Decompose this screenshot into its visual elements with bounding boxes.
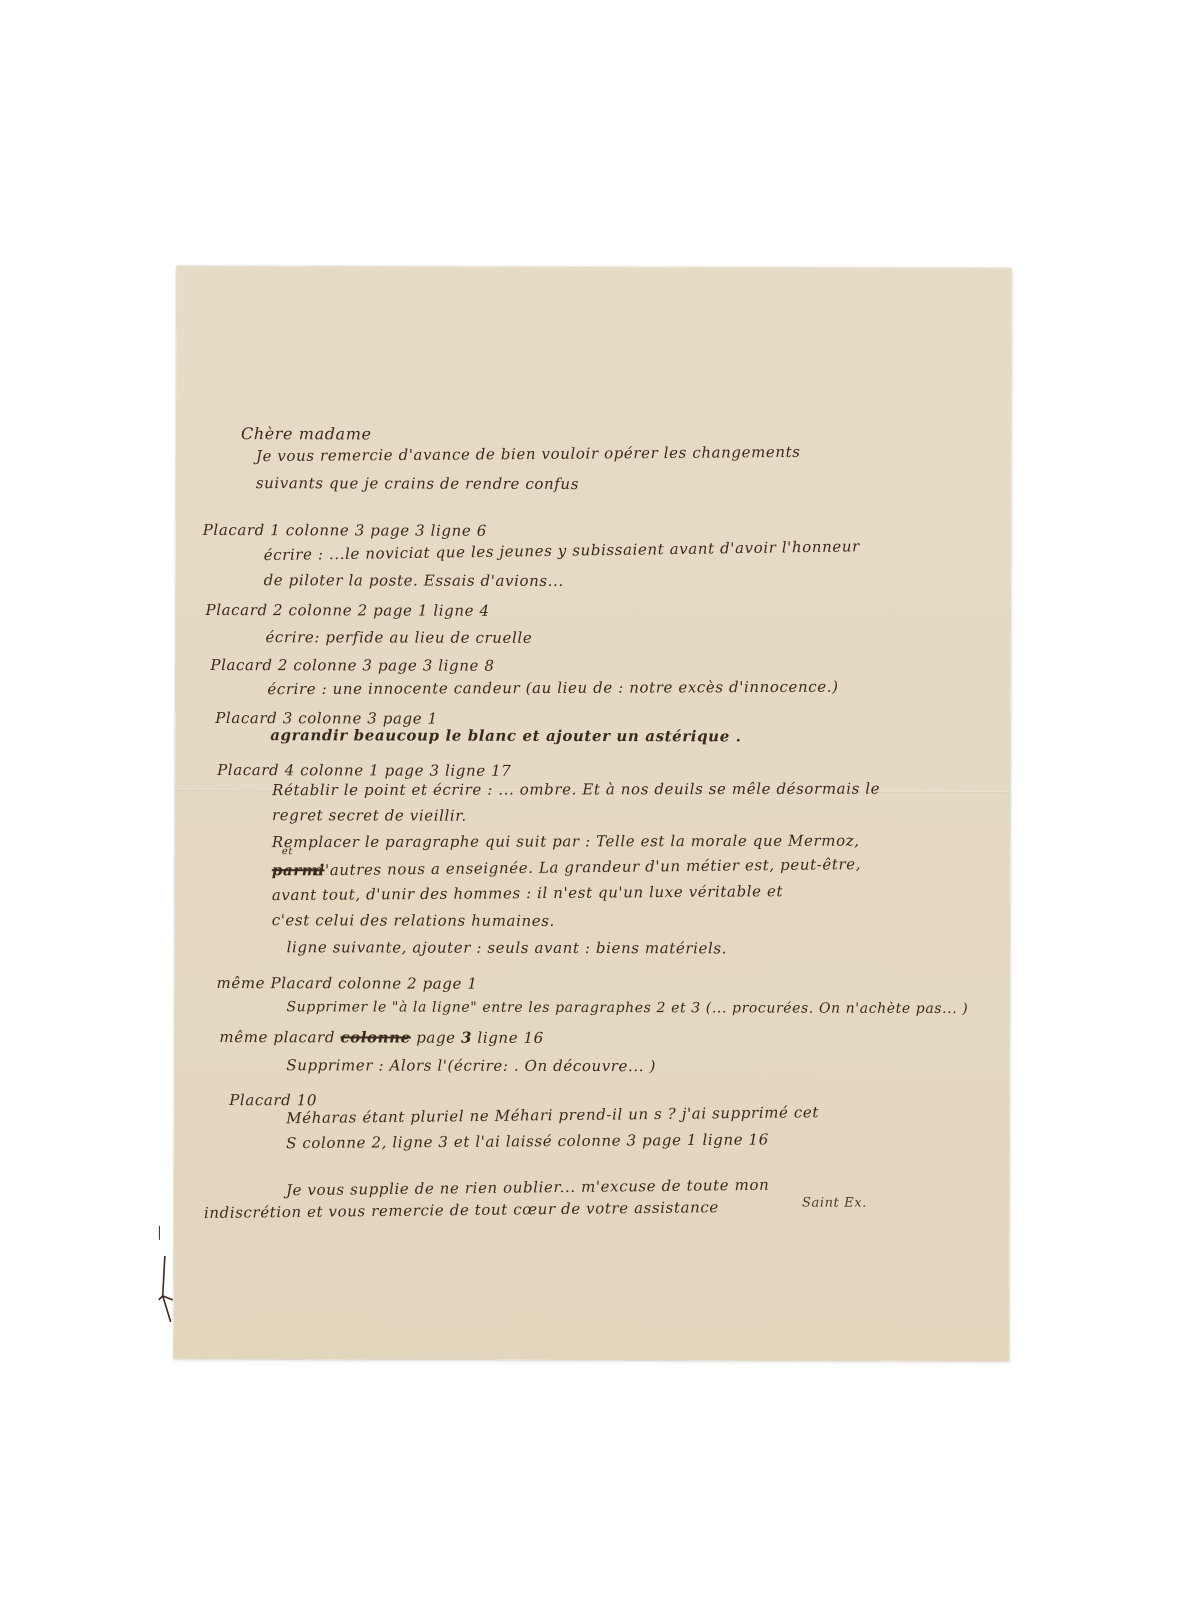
salutation: Chère madame — [241, 424, 372, 443]
correction-heading-3: Placard 2 colonne 3 page 3 ligne 8 — [210, 656, 494, 675]
heading-7-suffix: page — [416, 1029, 455, 1047]
correction-2-line-1: écrire: perfide au lieu de cruelle — [265, 628, 532, 647]
correction-8-line-2: S colonne 2, ligne 3 et l'ai laissé colo… — [286, 1130, 769, 1152]
heading-7-bold: 3 — [461, 1029, 472, 1047]
correction-5-line-2: regret secret de vieillir. — [272, 806, 467, 825]
correction-heading-6: même Placard colonne 2 page 1 — [217, 974, 478, 993]
closing-line-1: Je vous supplie de ne rien oublier... m'… — [286, 1176, 770, 1199]
correction-6-line-1: Supprimer le "à la ligne" entre les para… — [286, 999, 968, 1017]
correction-5-line-6: c'est celui des relations humaines. — [272, 911, 555, 930]
heading-7-struck: colonne — [340, 1028, 410, 1046]
correction-3-line-1: écrire : une innocente candeur (au lieu … — [267, 678, 838, 698]
correction-8-line-1: Méharas étant pluriel ne Méhari prend-il… — [286, 1103, 819, 1127]
correction-1-line-2: de piloter la poste. Essais d'avions... — [264, 571, 564, 590]
intro-line-2: suivants que je crains de rendre confus — [256, 474, 579, 493]
correction-5-line-4: d'autres nous a enseignée. La grandeur d… — [315, 855, 861, 879]
correction-5-line-3: Remplacer le paragraphe qui suit par : T… — [272, 832, 860, 852]
margin-tick — [159, 1226, 160, 1240]
correction-4-line-1: agrandir beaucoup le blanc et ajouter un… — [270, 726, 741, 745]
correction-heading-1: Placard 1 colonne 3 page 3 ligne 6 — [203, 521, 487, 540]
correction-heading-4: Placard 3 colonne 3 page 1 — [215, 709, 438, 728]
correction-5-line-1: Rétablir le point et écrire : ... ombre.… — [272, 780, 880, 800]
letter-sheet: Chère madame Je vous remercie d'avance d… — [174, 266, 1012, 1361]
intro-line-1: Je vous remercie d'avance de bien vouloi… — [256, 443, 801, 465]
inserted-word: et — [282, 846, 293, 857]
correction-heading-8: Placard 10 — [229, 1091, 317, 1109]
correction-5-line-7: ligne suivante, ajouter : seuls avant : … — [287, 938, 727, 957]
correction-heading-5: Placard 4 colonne 1 page 3 ligne 17 — [217, 761, 511, 780]
signature: Saint Ex. — [802, 1196, 867, 1211]
correction-5-line-5: avant tout, d'unir des hommes : il n'est… — [272, 882, 783, 904]
correction-7-line-1: Supprimer : Alors l'(écrire: . On découv… — [286, 1056, 656, 1075]
correction-heading-2: Placard 2 colonne 2 page 1 ligne 4 — [206, 601, 490, 620]
heading-7-prefix: même placard — [219, 1028, 335, 1046]
closing-line-2: indiscrétion et vous remercie de tout cœ… — [204, 1198, 719, 1222]
heading-7-end: ligne 16 — [477, 1029, 543, 1047]
margin-annotation-icon — [157, 1256, 177, 1326]
correction-1-line-1: écrire : ...le noviciat que les jeunes y… — [264, 537, 860, 564]
correction-heading-7: même placard colonne page 3 ligne 16 — [219, 1028, 543, 1047]
